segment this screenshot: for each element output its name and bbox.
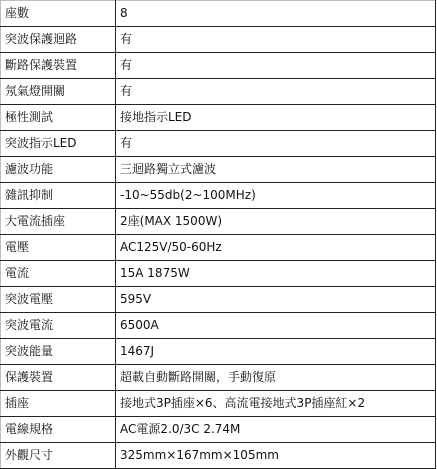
table-row: 電線規格AC電源2.0/3C 2.74M (1, 417, 436, 443)
row-value: 接地指示LED (116, 105, 436, 131)
table-row: 電壓AC125V/50-60Hz (1, 235, 436, 261)
table-row: 大電流插座2座(MAX 1500W) (1, 209, 436, 235)
row-label: 座數 (1, 1, 116, 27)
table-row: 氖氣燈開關有 (1, 79, 436, 105)
row-label: 突波電壓 (1, 287, 116, 313)
table-row: 極性測試接地指示LED (1, 105, 436, 131)
table-row: 斷路保護裝置有 (1, 53, 436, 79)
row-value: 有 (116, 27, 436, 53)
table-row: 保護裝置超載自動斷路開關，手動復原 (1, 365, 436, 391)
row-value: 8 (116, 1, 436, 27)
row-label: 濾波功能 (1, 157, 116, 183)
table-row: 插座接地式3P插座×6、高流電接地式3P插座紅×2 (1, 391, 436, 417)
table-row: 突波電流6500A (1, 313, 436, 339)
row-label: 突波保護迴路 (1, 27, 116, 53)
row-value: 15A 1875W (116, 261, 436, 287)
row-label: 電壓 (1, 235, 116, 261)
table-row: 突波電壓595V (1, 287, 436, 313)
table-row: 電流15A 1875W (1, 261, 436, 287)
row-label: 插座 (1, 391, 116, 417)
row-value: 325mm×167mm×105mm (116, 443, 436, 469)
spec-table: 座數8 突波保護迴路有 斷路保護裝置有 氖氣燈開關有 極性測試接地指示LED 突… (0, 0, 436, 469)
row-value: 1467J (116, 339, 436, 365)
row-value: 有 (116, 131, 436, 157)
row-value: 2座(MAX 1500W) (116, 209, 436, 235)
row-value: 有 (116, 79, 436, 105)
row-value: AC125V/50-60Hz (116, 235, 436, 261)
table-row: 座數8 (1, 1, 436, 27)
row-label: 突波能量 (1, 339, 116, 365)
row-value: 6500A (116, 313, 436, 339)
row-value: 有 (116, 53, 436, 79)
row-value: -10~55db(2~100MHz) (116, 183, 436, 209)
table-row: 突波指示LED有 (1, 131, 436, 157)
row-label: 氖氣燈開關 (1, 79, 116, 105)
row-label: 大電流插座 (1, 209, 116, 235)
row-label: 電流 (1, 261, 116, 287)
row-label: 極性測試 (1, 105, 116, 131)
row-value: AC電源2.0/3C 2.74M (116, 417, 436, 443)
row-value: 三迴路獨立式濾波 (116, 157, 436, 183)
row-value: 超載自動斷路開關，手動復原 (116, 365, 436, 391)
row-value: 595V (116, 287, 436, 313)
row-label: 雜訊抑制 (1, 183, 116, 209)
table-row: 濾波功能三迴路獨立式濾波 (1, 157, 436, 183)
row-label: 突波電流 (1, 313, 116, 339)
table-row: 突波保護迴路有 (1, 27, 436, 53)
table-row: 外觀尺寸325mm×167mm×105mm (1, 443, 436, 469)
row-label: 斷路保護裝置 (1, 53, 116, 79)
row-value: 接地式3P插座×6、高流電接地式3P插座紅×2 (116, 391, 436, 417)
table-row: 雜訊抑制-10~55db(2~100MHz) (1, 183, 436, 209)
row-label: 電線規格 (1, 417, 116, 443)
row-label: 外觀尺寸 (1, 443, 116, 469)
row-label: 突波指示LED (1, 131, 116, 157)
row-label: 保護裝置 (1, 365, 116, 391)
table-row: 突波能量1467J (1, 339, 436, 365)
